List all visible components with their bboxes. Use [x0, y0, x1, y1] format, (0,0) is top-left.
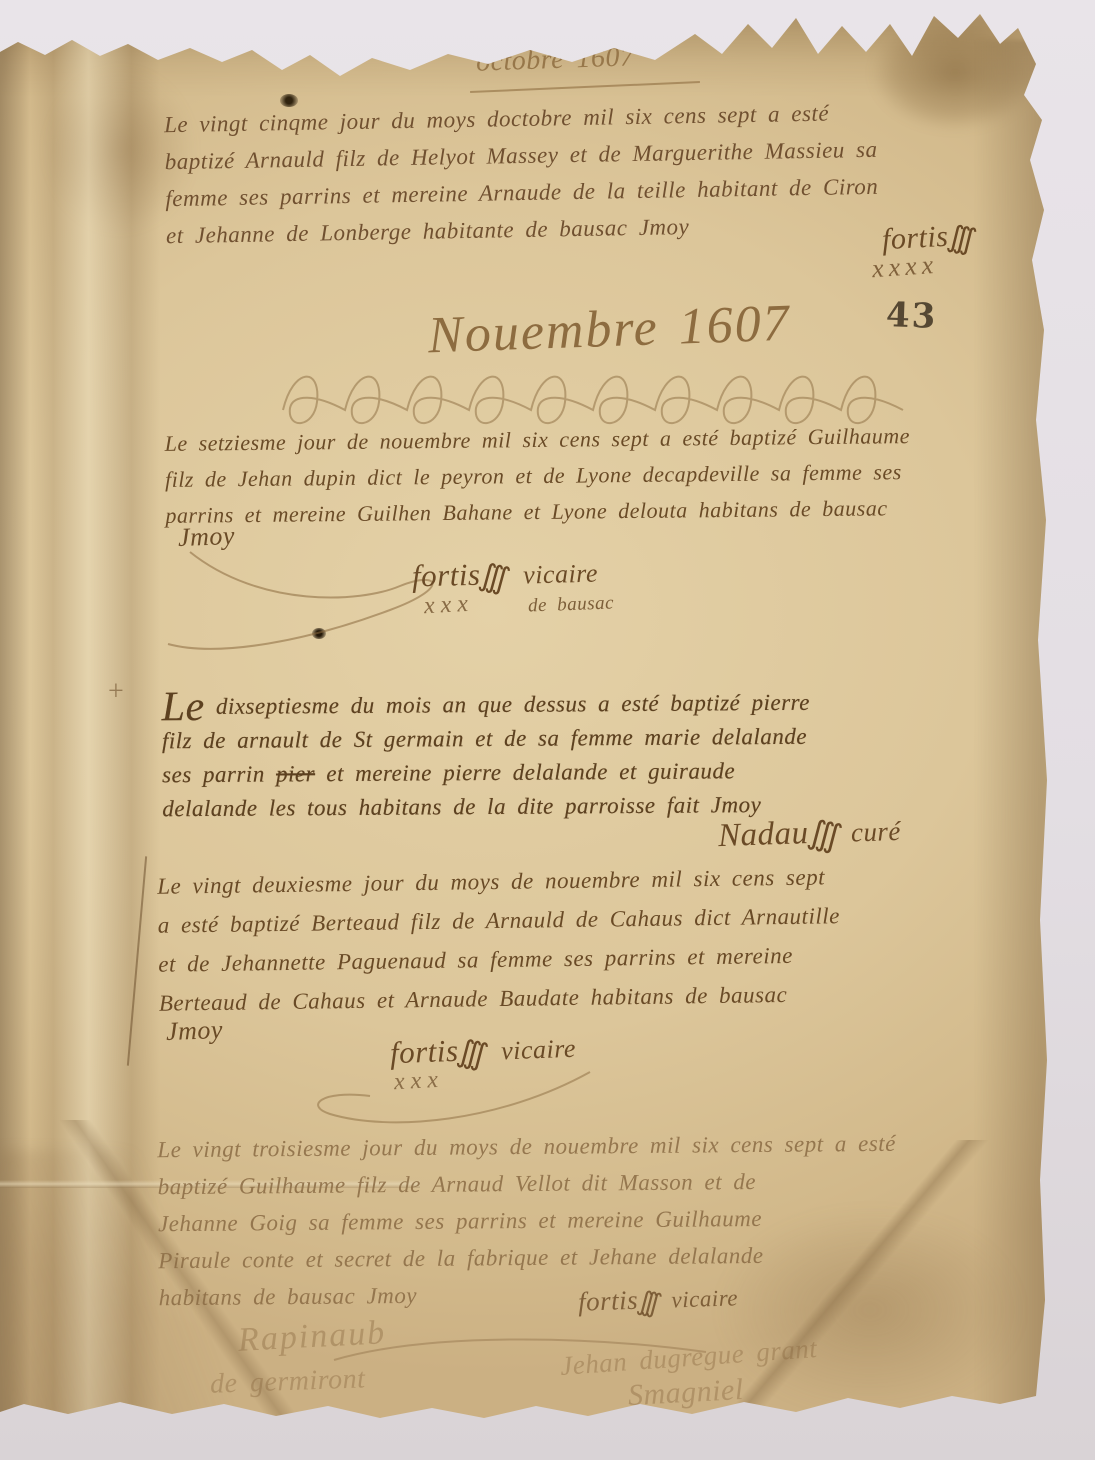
signature-place-entry2: de bausac: [528, 593, 615, 618]
signature-title: curé: [850, 816, 901, 848]
entry-line: delalande les tous habitans de la dite p…: [162, 788, 811, 827]
signature-fortis-entry2: fortis∫∫∫ vicaire: [412, 554, 599, 595]
header-november: Nouembre 1607: [427, 294, 792, 366]
paraph-icon: ∫∫∫: [476, 556, 505, 596]
entry-line: Jehanne Goig sa femme ses parrins et mer…: [158, 1199, 897, 1242]
entry-november-23: Le vingt troisiesme jour du moys de noue…: [157, 1125, 897, 1316]
signature-name: fortis: [578, 1285, 639, 1317]
spine-shadow-left: [0, 0, 30, 1460]
signature-name: Nadau: [717, 815, 809, 854]
margin-cross-icon: +: [108, 676, 124, 708]
entry-line: ses parrin pier et mereine pierre delala…: [162, 754, 811, 793]
signature-xxx-entry2: xxx: [423, 591, 474, 621]
signature-swash: [300, 1062, 600, 1132]
entry-november-16: Le setziesme jour de nouembre mil six ce…: [164, 418, 910, 534]
paraph-icon: ∫∫∫: [804, 811, 836, 854]
entry-line: baptizé Guilhaume filz de Arnaud Vellot …: [158, 1162, 897, 1205]
entry-line: Berteaud de Cahaus et Arnaude Baudate ha…: [159, 974, 842, 1023]
header-october: octobre 1607: [475, 41, 635, 79]
paraph-icon: ∫∫∫: [945, 219, 971, 257]
signature-title: vicaire: [501, 1034, 577, 1066]
signature-nadau: Nadau∫∫∫ curé: [717, 809, 901, 855]
entry-november-22: Le vingt deuxiesme jour du moys de nouem…: [157, 857, 841, 1023]
signature-xxxx-entry1: xxxx: [871, 250, 939, 285]
signature-title: vicaire: [523, 559, 598, 590]
entry-line: Le vingt troisiesme jour du moys de noue…: [157, 1125, 896, 1168]
edge-shade-right: [975, 40, 1050, 1420]
manuscript-paper: octobre 1607 Le vingt cinqme jour du moy…: [0, 0, 1095, 1460]
entry-line-text: dixseptiesme du mois an que dessus a est…: [216, 690, 810, 719]
signature-fortis-entry5: fortis∫∫∫ vicaire: [578, 1281, 739, 1318]
entry-line: habitans de bausac Jmoy: [158, 1273, 897, 1316]
entry-line: Piraule conte et secret de la fabrique e…: [158, 1236, 897, 1279]
signature-name: fortis: [412, 557, 481, 594]
entry-line-text: ses parrin: [162, 761, 276, 787]
entry4-jmoy: Jmoy: [165, 1015, 223, 1047]
signature-title: vicaire: [671, 1285, 738, 1312]
page-number-stamp: 43: [885, 295, 938, 337]
photo-backdrop: octobre 1607 Le vingt cinqme jour du moy…: [0, 0, 1095, 1460]
fold-left-band: [30, 0, 160, 1460]
entry-line: filz de arnault de St germain et de sa f…: [162, 720, 811, 759]
struck-word: pier: [276, 761, 315, 786]
entry-november-17: Le dixseptiesme du mois an que dessus a …: [162, 686, 811, 827]
margin-stroke: [127, 856, 147, 1065]
ghost-swash: [330, 1330, 710, 1370]
entry-line: Le dixseptiesme du mois an que dessus a …: [162, 686, 811, 725]
entry-line-text: et mereine pierre delalande et guiraude: [315, 758, 735, 786]
flourish-swash: [275, 360, 985, 420]
entry-line: parrins et mereine Guilhen Bahane et Lyo…: [165, 490, 911, 534]
header-october-underline: [470, 81, 700, 93]
ghost-signature: Smagniel: [627, 1373, 744, 1413]
entry-october-25: Le vingt cinqme jour du moys doctobre mi…: [164, 94, 880, 254]
paraph-icon: ∫∫∫: [635, 1285, 656, 1318]
